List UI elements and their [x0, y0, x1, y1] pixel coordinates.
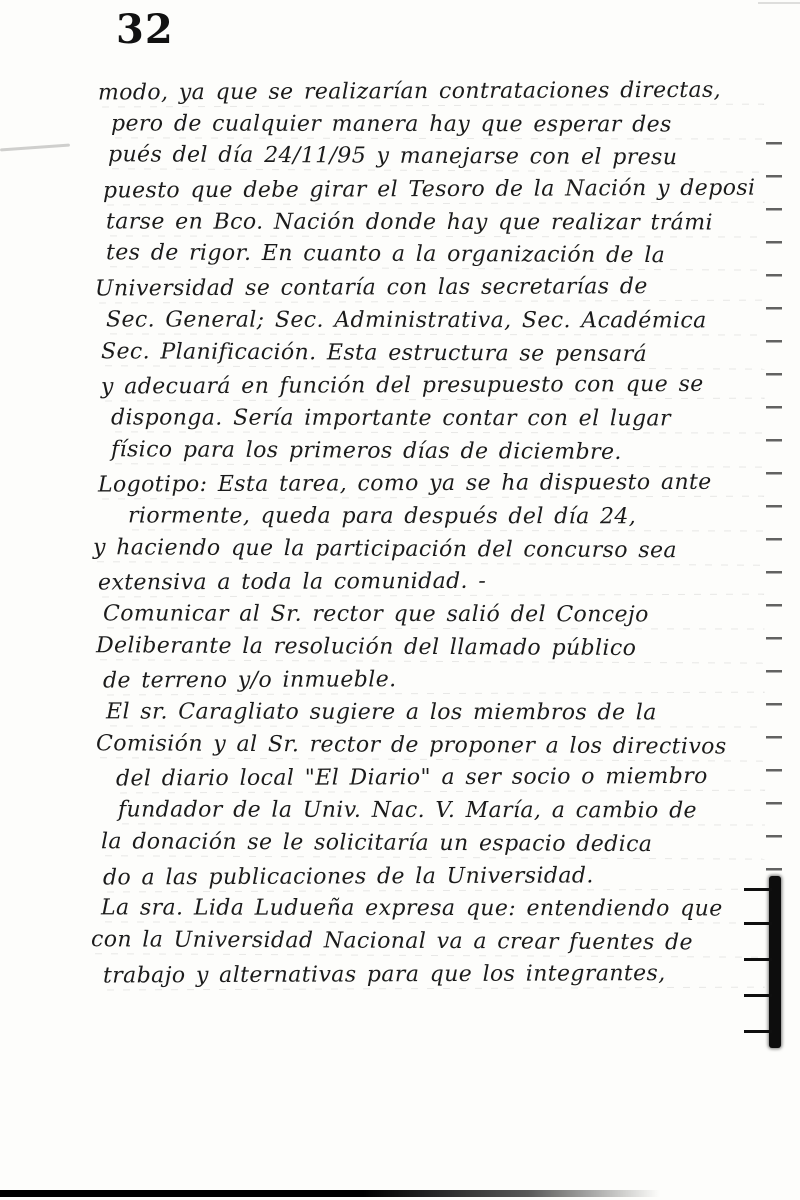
manuscript-line: y adecuará en función del presupuesto co…: [101, 369, 788, 405]
top-right-smudge: [758, 2, 800, 4]
binding-bar-tick: [744, 922, 772, 925]
manuscript-line: El sr. Caragliato sugiere a los miembros…: [106, 696, 788, 730]
manuscript-line: do a las publicaciones de la Universidad…: [103, 859, 788, 895]
manuscript-line: fundador de la Univ. Nac. V. María, a ca…: [118, 795, 788, 829]
bottom-scan-edge-bar: [0, 1190, 660, 1197]
left-margin-smudge: [0, 144, 70, 152]
manuscript-line: pués del día 24/11/95 y manejarse con el…: [108, 140, 788, 176]
binding-bar-tick: [744, 1030, 772, 1033]
manuscript-line: extensiva a toda la comunidad. -: [98, 565, 788, 601]
manuscript-line: puesto que debe girar el Tesoro de la Na…: [103, 173, 788, 209]
scanned-manuscript-page: 32 modo, ya que se realizarían contratac…: [0, 0, 800, 1200]
manuscript-line: Universidad se contaría con las secretar…: [95, 271, 788, 307]
page-number: 32: [116, 6, 174, 53]
manuscript-line: Comunicar al Sr. rector que salió del Co…: [103, 598, 788, 632]
manuscript-line: tarse en Bco. Nación donde hay que reali…: [106, 206, 788, 240]
manuscript-line: tes de rigor. En cuanto a la organizació…: [106, 238, 788, 274]
manuscript-line: La sra. Lida Ludueña expresa que: entend…: [101, 893, 788, 927]
page-edge-ruling-marks: [766, 142, 782, 877]
manuscript-line: modo, ya que se realizarían contratacion…: [98, 74, 788, 110]
binding-bar-tick: [744, 888, 772, 891]
manuscript-line: Sec. Planificación. Esta estructura se p…: [101, 336, 788, 372]
manuscript-line: disponga. Sería importante contar con el…: [111, 402, 788, 436]
binding-bar-tick: [744, 994, 772, 997]
manuscript-line: trabajo y alternativas para que los inte…: [103, 957, 788, 993]
manuscript-line: Comisión y al Sr. rector de proponer a l…: [96, 728, 788, 764]
manuscript-line: y haciendo que la participación del conc…: [93, 532, 788, 568]
manuscript-line: Logotipo: Esta tarea, como ya se ha disp…: [98, 467, 788, 503]
manuscript-line: Deliberante la resolución del llamado pú…: [96, 630, 788, 666]
manuscript-line: riormente, queda para después del día 24…: [128, 500, 788, 534]
manuscript-line: físico para los primeros días de diciemb…: [111, 434, 788, 470]
binding-bar-tick: [744, 958, 772, 961]
manuscript-line: de terreno y/o inmueble.: [103, 663, 788, 699]
manuscript-line: pero de cualquier manera hay que esperar…: [111, 108, 788, 142]
manuscript-line: del diario local "El Diario" a ser socio…: [116, 761, 788, 797]
manuscript-line: la donación se le solicitaría un espacio…: [101, 826, 788, 862]
binding-shadow-bar-artifact: [769, 876, 781, 1048]
handwritten-text-block: modo, ya que se realizarían contratacion…: [88, 76, 788, 991]
manuscript-line: con la Universidad Nacional va a crear f…: [91, 924, 788, 960]
manuscript-line: Sec. General; Sec. Administrativa, Sec. …: [106, 304, 788, 338]
